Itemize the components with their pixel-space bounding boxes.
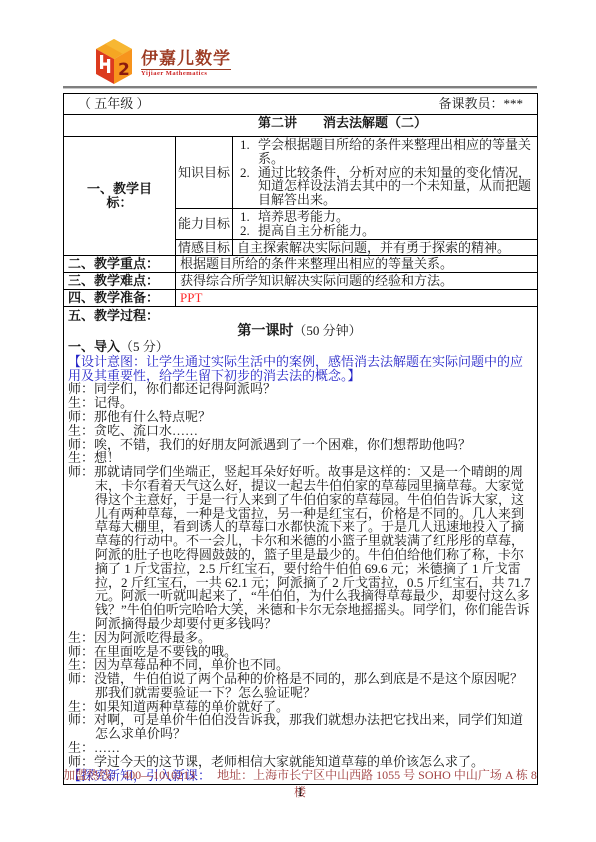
dialogue-line: 师：那就请同学们坐端正，竖起耳朵好好听。故事是这样的：又是一个晴朗的周末，卡尔看…: [68, 465, 531, 631]
dialogue-line: 生：因为草莓品种不同，单价也不同。: [68, 658, 531, 672]
preparation-row: 四、教学准备： PPT: [64, 290, 538, 307]
page-number: 1: [63, 784, 537, 800]
objective-item: 1.学会根据题目所给的条件来整理出相应的等量关系。: [237, 138, 533, 166]
session-heading: 第一课时（50 分钟）: [68, 324, 531, 339]
session-duration: （50 分钟）: [293, 323, 361, 338]
emotion-objective-content: 自主探索解决实际问题，并有勇于探索的精神。: [233, 239, 538, 256]
teaching-process-content: 五、教学过程： 第一课时（50 分钟） 一、导入（5 分） 【设计意图：让学生通…: [68, 309, 531, 782]
brand-text: 伊嘉儿数学 Yijiaer Mathematics: [141, 38, 231, 78]
dialogue-line: 师：对啊，可是单价牛伯伯没告诉我，那我们就想办法把它找出来，同学们知道怎么求单价…: [68, 713, 531, 741]
ability-objective-content: 1.培养思考能力。2.提高自主分析能力。: [233, 208, 538, 239]
dialogue-line: 生：想！: [68, 451, 531, 465]
brand-name-cn: 伊嘉儿数学: [141, 50, 231, 70]
brand-name-en: Yijiaer Mathematics: [141, 70, 231, 78]
knowledge-objective-content: 1.学会根据题目所给的条件来整理出相应的等量关系。2.通过比较条件，分析对应的未…: [233, 137, 538, 209]
objective-item: 2.通过比较条件，分析对应的未知量的变化情况，知道怎样设法消去其中的一个未知量，…: [237, 166, 533, 207]
objective-item: 2.提高自主分析能力。: [237, 224, 533, 238]
knowledge-objective-row: 一、教学目标： 知识目标 1.学会根据题目所给的条件来整理出相应的等量关系。2.…: [64, 137, 538, 209]
process-section-label: 五、教学过程：: [68, 309, 531, 323]
dialogue-line: 师：唉，不错，我们的好朋友阿派遇到了一个困难，你们想帮助他吗？: [68, 438, 531, 452]
emotion-objective-label: 情感目标: [176, 239, 233, 256]
difficulties-label: 三、教学难点：: [64, 273, 176, 290]
dialogue-line: 生：如果知道两种草莓的单价就好了。: [68, 700, 531, 714]
intro-duration: （5 分）: [120, 339, 169, 354]
lesson-title-row: 第二讲消去法解题（二）: [64, 115, 538, 137]
dialogue-line: 生：因为阿派吃得最多。: [68, 631, 531, 645]
design-intent-note: 【设计意图：让学生通过实际生活中的案例，感悟消去法解题在实际问题中的应用及其重要…: [68, 355, 531, 383]
document-page: 2 伊嘉儿数学 Yijiaer Mathematics （ 五年级 ） 备课教员…: [0, 0, 596, 842]
lesson-title: 消去法解题（二）: [323, 115, 427, 130]
dialogue-line: 生：……: [68, 741, 531, 755]
dialogue-line: 生：记得。: [68, 396, 531, 410]
intro-label: 一、导入: [68, 339, 120, 354]
key-points-label: 二、教学重点：: [64, 256, 176, 273]
dialogue-block: 师：同学们，你们都还记得阿派吗？生：记得。师：那他有什么特点呢？生：贪吃、流口水…: [68, 382, 531, 768]
grade-label: （ 五年级 ）: [78, 97, 150, 111]
key-points-row: 二、教学重点： 根据题目所给的条件来整理出相应的等量关系。: [64, 256, 538, 273]
dialogue-line: 师：没错，牛伯伯说了两个品种的价格是不同的，那么到底是不是这个原因呢？那我们就需…: [68, 672, 531, 700]
session-title: 第一课时: [237, 324, 293, 339]
ability-objective-label: 能力目标: [176, 208, 233, 239]
difficulties-text: 获得综合所学知识解决实际问题的经验和方法。: [176, 273, 538, 290]
svg-text:2: 2: [118, 60, 130, 80]
prep-teacher-label: 备课教员：***: [439, 97, 524, 111]
lesson-plan-table: （ 五年级 ） 备课教员：*** 第二讲消去法解题（二） 一、教学目标： 知识目…: [63, 93, 538, 785]
lecture-number: 第二讲: [258, 115, 297, 130]
dialogue-line: 师：同学们，你们都还记得阿派吗？: [68, 382, 531, 396]
key-points-text: 根据题目所给的条件来整理出相应的等量关系。: [176, 256, 538, 273]
dialogue-line: 师：在里面吃是不要钱的哦。: [68, 645, 531, 659]
intro-heading: 一、导入（5 分）: [68, 340, 531, 354]
objective-item: 1.培养思考能力。: [237, 210, 533, 224]
hotline-text: 加盟热线：400—1010213: [63, 768, 195, 782]
brand-logo: 2 伊嘉儿数学 Yijiaer Mathematics: [93, 38, 231, 86]
dialogue-line: 生：贪吃、流口水……: [68, 424, 531, 438]
header-divider: [63, 86, 537, 89]
knowledge-objective-label: 知识目标: [176, 137, 233, 209]
grade-row: （ 五年级 ） 备课教员：***: [64, 94, 538, 115]
difficulties-row: 三、教学难点： 获得综合所学知识解决实际问题的经验和方法。: [64, 273, 538, 290]
teaching-process-row: 五、教学过程： 第一课时（50 分钟） 一、导入（5 分） 【设计意图：让学生通…: [64, 307, 538, 785]
cube-logo-icon: 2: [93, 38, 135, 86]
objectives-section-label: 一、教学目标：: [64, 137, 176, 256]
dialogue-line: 师：那他有什么特点呢？: [68, 410, 531, 424]
preparation-label: 四、教学准备：: [64, 290, 176, 307]
preparation-text: PPT: [176, 290, 538, 307]
